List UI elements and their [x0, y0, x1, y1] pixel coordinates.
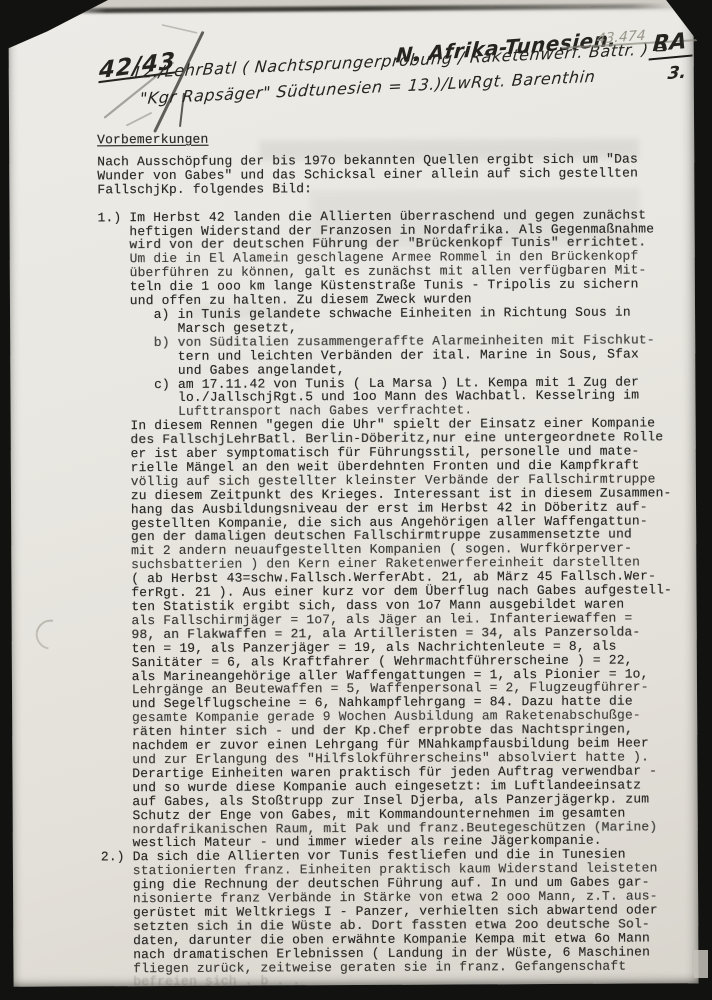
typed-line: 98, an Flakwaffen = 21, ala Artilleriste… — [100, 625, 685, 642]
intro-paragraph: Nach Ausschöpfung der bis 197o bekannten… — [97, 152, 682, 197]
paper-sheet: 42/43 12./LehrBatl ( Nachtsprungerprobun… — [8, 6, 698, 987]
typed-line: völlig auf sich gestellter kleinster Ver… — [99, 472, 684, 489]
typed-text-block: Vorbemerkungen Nach Ausschöpfung der bis… — [97, 130, 686, 989]
faded-last-line: befreien sich . b . . — [102, 973, 687, 990]
section-heading: Vorbemerkungen — [97, 130, 682, 147]
typed-line: FallschjKp. folgendes Bild: — [97, 180, 682, 197]
file-reference-numerator: RA — [649, 28, 695, 60]
typed-line: und zur Erlangung des "Hilfslokführersch… — [100, 750, 685, 767]
typed-line: nordafrikanischen Raum, mit Pak und fran… — [101, 820, 686, 837]
typed-line: a) in Tunis gelandete schwache Einheiten… — [98, 305, 683, 322]
typed-line: Wunder von Gabes" und das Schicksal eine… — [97, 166, 682, 183]
scan-edge-notch — [694, 950, 708, 978]
punch-hole-mark — [30, 614, 72, 656]
file-reference-denominator: 3. — [667, 63, 687, 85]
typed-line: setzten sich in die Wüste ab. Dort fasst… — [101, 917, 686, 934]
body-paragraphs: 1.) Im Herbst 42 landen die Allierten üb… — [98, 208, 687, 976]
typed-line: b) von Süditalien zusammengeraffte Alarm… — [98, 333, 683, 350]
scanned-document: 42/43 12./LehrBatl ( Nachtsprungerprobun… — [0, 0, 712, 1000]
typed-line: nisonierte franz Verbände in Stärke von … — [101, 889, 686, 906]
